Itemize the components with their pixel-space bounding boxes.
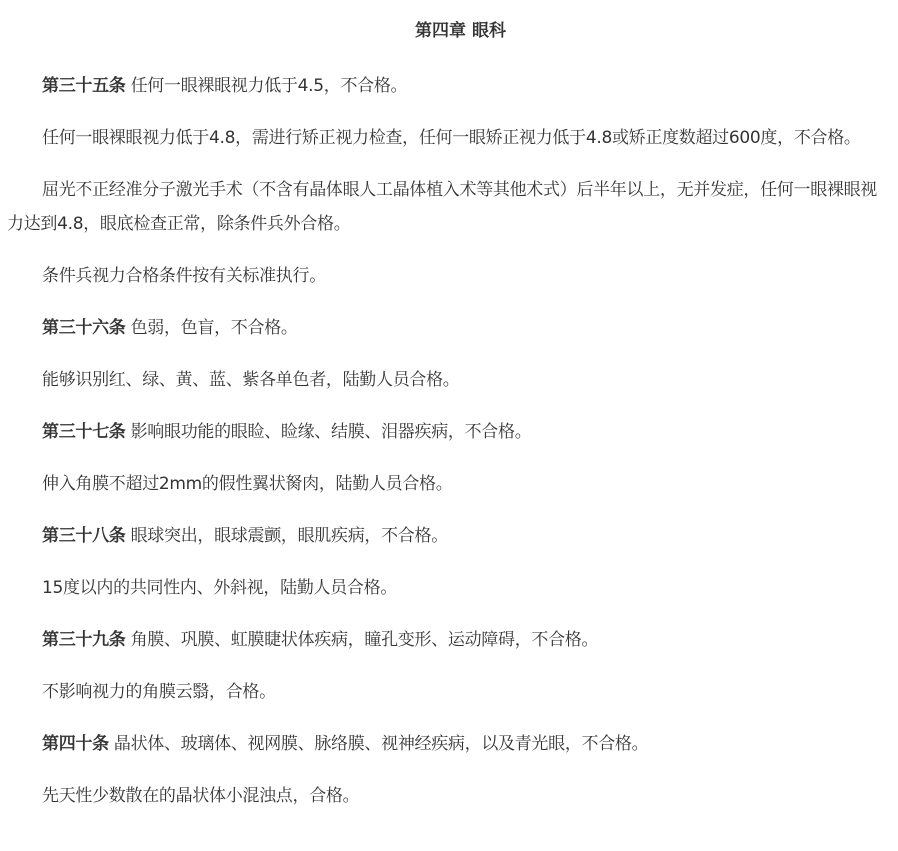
article-number: 第三十五条 [42,76,126,96]
paragraph-article-35: 第三十五条 任何一眼裸眼视力低于4.5，不合格。 [7,69,884,103]
paragraph-text: 条件兵视力合格条件按有关标准执行。 [42,266,326,286]
paragraph-text: 任何一眼裸眼视力低于4.5，不合格。 [126,76,408,96]
paragraph: 能够识别红、绿、黄、蓝、紫各单色者，陆勤人员合格。 [7,363,884,397]
paragraph-article-40: 第四十条 晶状体、玻璃体、视网膜、脉络膜、视神经疾病，以及青光眼，不合格。 [7,727,884,761]
paragraph-text: 任何一眼裸眼视力低于4.8，需进行矫正视力检查，任何一眼矫正视力低于4.8或矫正… [42,128,861,148]
paragraph: 15度以内的共同性内、外斜视，陆勤人员合格。 [7,571,884,605]
chapter-title: 第四章 眼科 [7,0,884,43]
article-number: 第三十六条 [42,318,126,338]
article-number: 第四十条 [42,734,109,754]
paragraph-text: 15度以内的共同性内、外斜视，陆勤人员合格。 [42,578,397,598]
paragraph: 条件兵视力合格条件按有关标准执行。 [7,259,884,293]
paragraph: 屈光不正经准分子激光手术（不含有晶体眼人工晶体植入术等其他术式）后半年以上，无并… [7,173,884,241]
paragraph-article-36: 第三十六条 色弱，色盲，不合格。 [7,311,884,345]
paragraph-text: 晶状体、玻璃体、视网膜、脉络膜、视神经疾病，以及青光眼，不合格。 [109,734,649,754]
paragraph-text: 不影响视力的角膜云翳，合格。 [42,682,276,702]
article-number: 第三十九条 [42,630,126,650]
paragraph-article-37: 第三十七条 影响眼功能的眼睑、睑缘、结膜、泪器疾病，不合格。 [7,415,884,449]
paragraph-text: 色弱，色盲，不合格。 [126,318,298,338]
article-body: 第四章 眼科 第三十五条 任何一眼裸眼视力低于4.5，不合格。 任何一眼裸眼视力… [0,0,898,813]
paragraph-text: 先天性少数散在的晶状体小混浊点，合格。 [42,786,359,806]
article-number: 第三十八条 [42,526,126,546]
paragraph-text: 角膜、巩膜、虹膜睫状体疾病，瞳孔变形、运动障碍，不合格。 [126,630,599,650]
paragraph-article-38: 第三十八条 眼球突出，眼球震颤，眼肌疾病，不合格。 [7,519,884,553]
paragraph-text: 影响眼功能的眼睑、睑缘、结膜、泪器疾病，不合格。 [126,422,532,442]
paragraph: 伸入角膜不超过2mm的假性翼状胬肉，陆勤人员合格。 [7,467,884,501]
paragraph-text: 能够识别红、绿、黄、蓝、紫各单色者，陆勤人员合格。 [42,370,460,390]
paragraph: 任何一眼裸眼视力低于4.8，需进行矫正视力检查，任何一眼矫正视力低于4.8或矫正… [7,121,884,155]
paragraph: 先天性少数散在的晶状体小混浊点，合格。 [7,779,884,813]
paragraph-text: 屈光不正经准分子激光手术（不含有晶体眼人工晶体植入术等其他术式）后半年以上，无并… [7,180,877,234]
article-number: 第三十七条 [42,422,126,442]
paragraph-text: 伸入角膜不超过2mm的假性翼状胬肉，陆勤人员合格。 [42,474,452,494]
paragraph-text: 眼球突出，眼球震颤，眼肌疾病，不合格。 [126,526,448,546]
paragraph-article-39: 第三十九条 角膜、巩膜、虹膜睫状体疾病，瞳孔变形、运动障碍，不合格。 [7,623,884,657]
paragraph: 不影响视力的角膜云翳，合格。 [7,675,884,709]
